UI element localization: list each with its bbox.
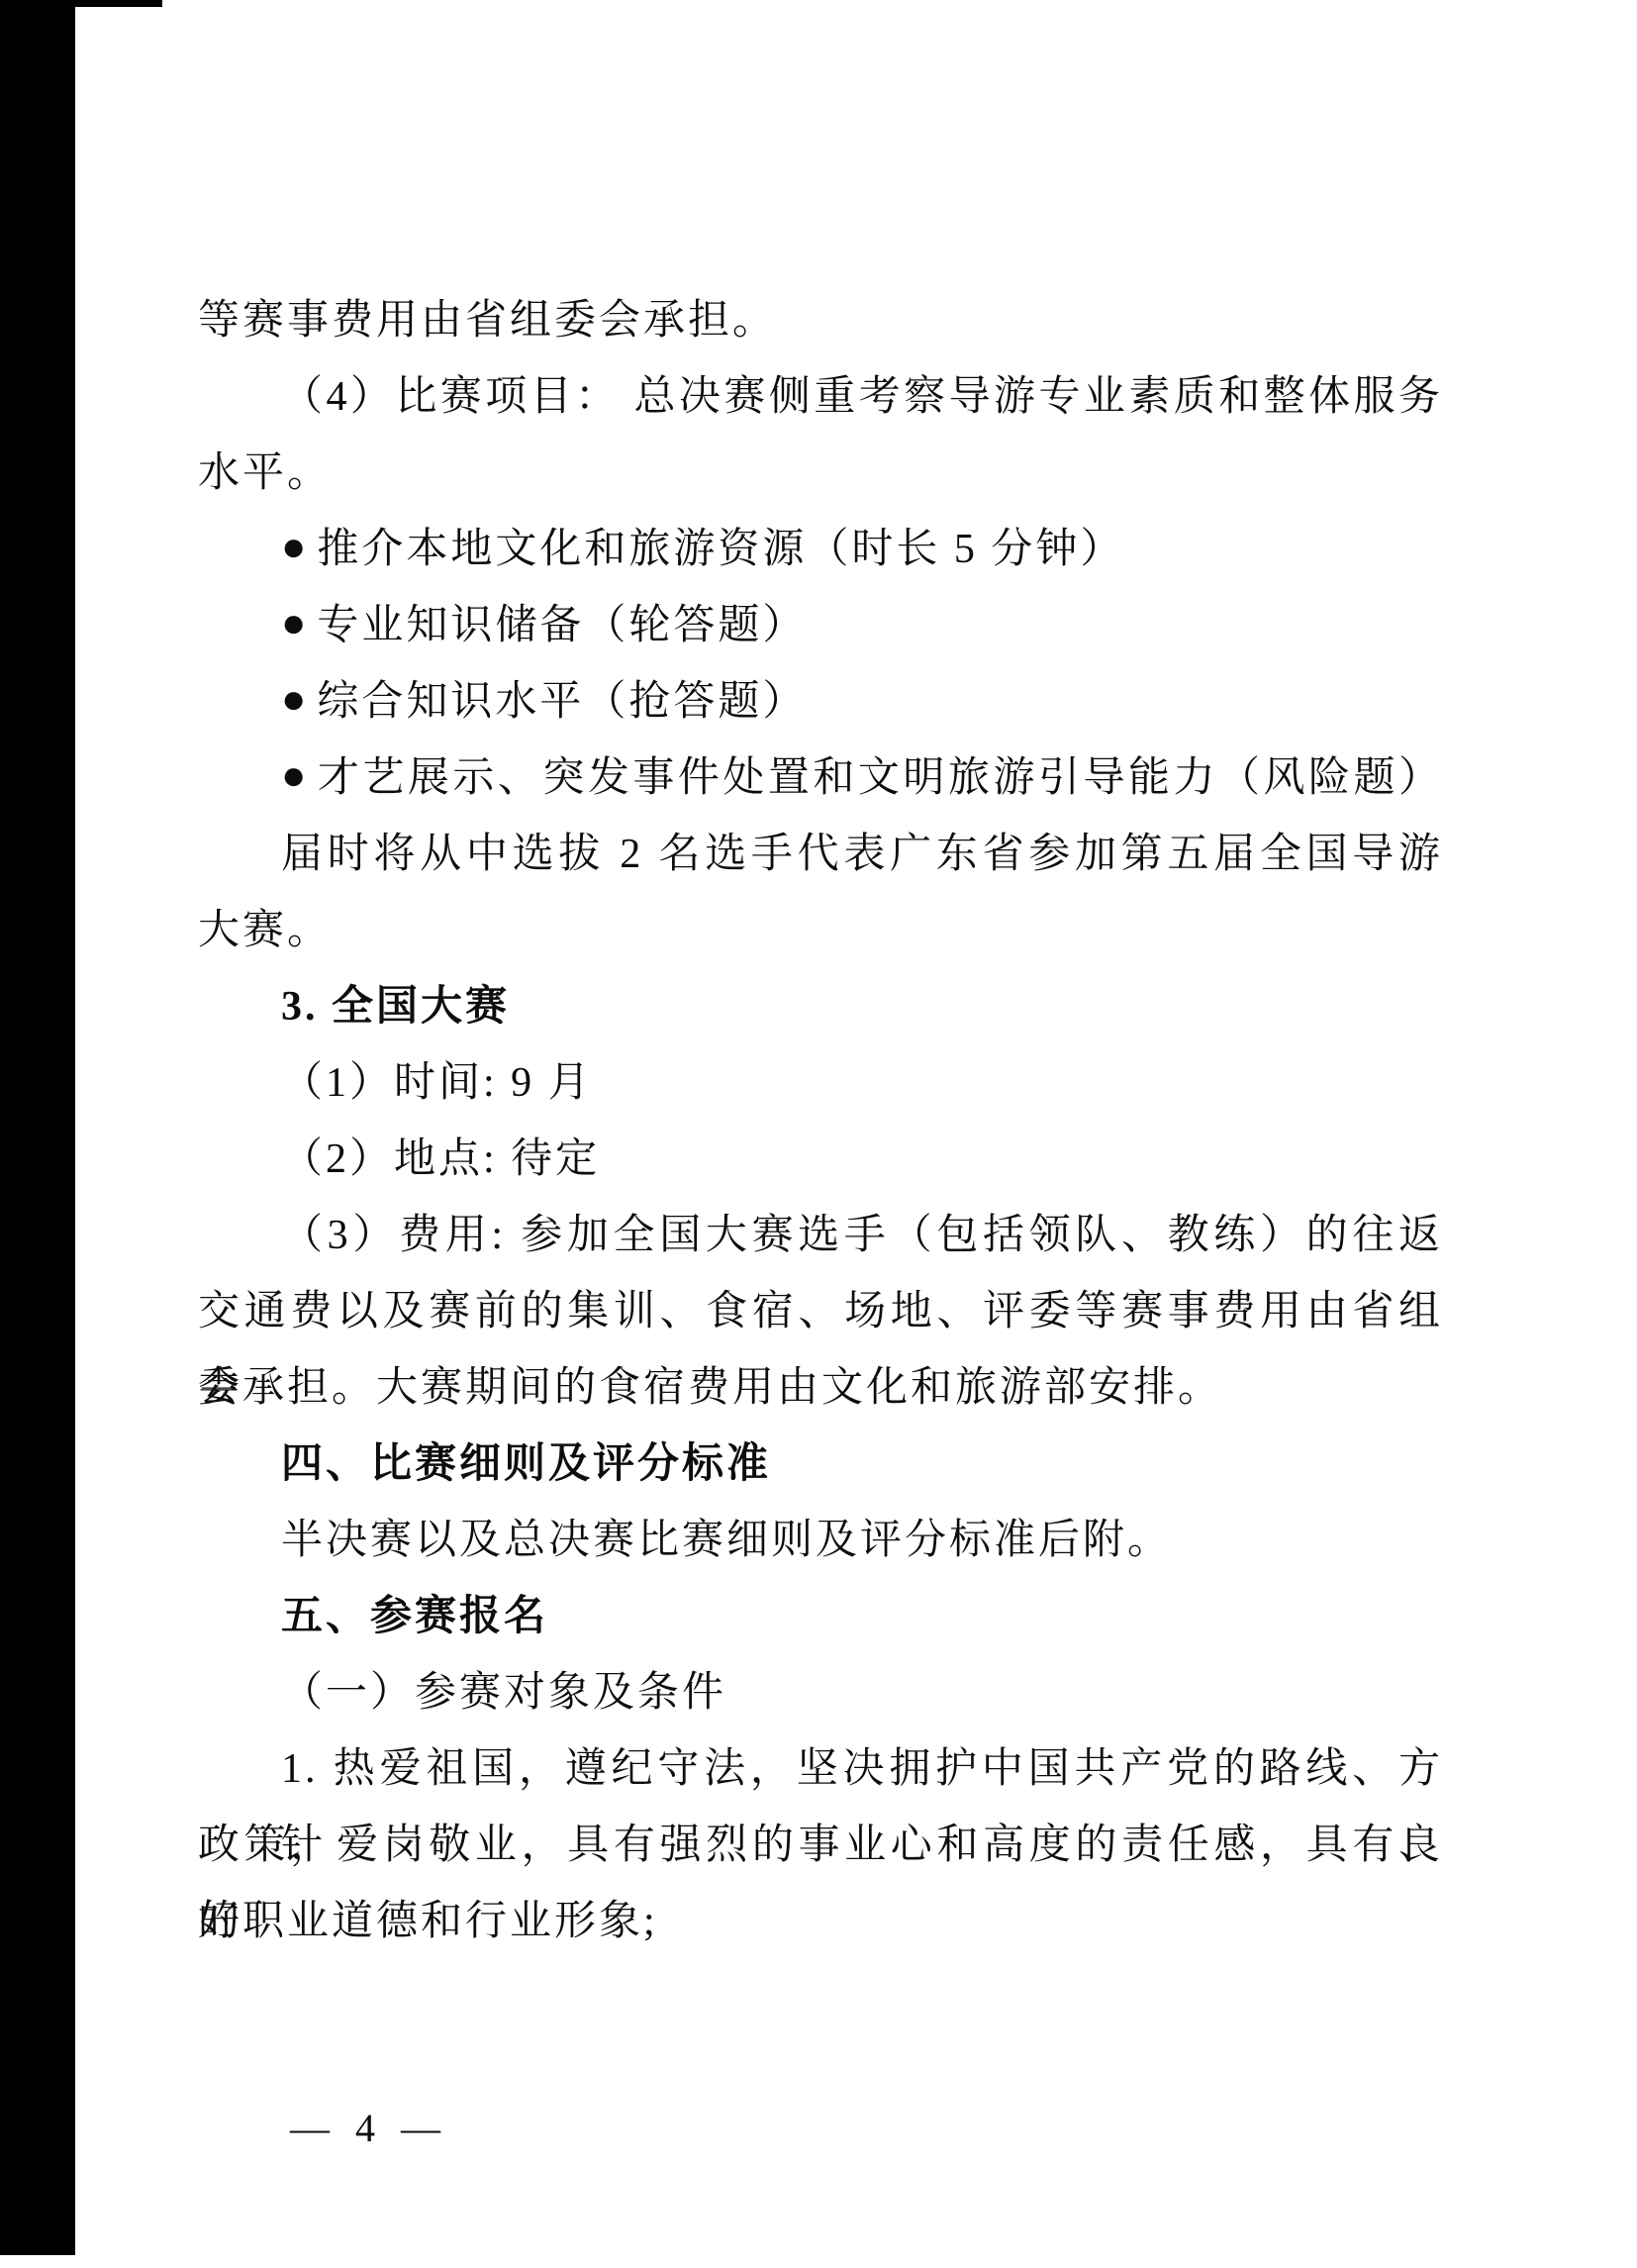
text-line-content: 半决赛以及总决赛比赛细则及评分标准后附。 [281,1518,1172,1563]
bullet-icon: ● [281,510,309,586]
scan-artifact-left-edge [0,0,75,2255]
text-line-content: 五、参赛报名 [281,1594,548,1639]
text-line-content: （一）参赛对象及条件 [281,1670,726,1716]
text-line: （3）费用: 参加全国大赛选手（包括领队、教练）的往返 [198,1198,1443,1274]
text-line-content: 的职业道德和行业形象; [198,1899,658,1944]
text-line-content: 届时将从中选拔 2 名选手代表广东省参加第五届全国导游 [281,832,1443,877]
text-line-content: 大赛。 [198,908,332,953]
text-line: （2）地点: 待定 [198,1122,1443,1198]
text-line: 等赛事费用由省组委会承担。 [198,283,1443,359]
text-line: 政策，爱岗敬业，具有强烈的事业心和高度的责任感，具有良好 [198,1808,1443,1884]
text-line: 届时将从中选拔 2 名选手代表广东省参加第五届全国导游 [198,817,1443,893]
page-number: — 4 — [290,2107,448,2150]
text-line-content: （4）比赛项目： 总决赛侧重考察导游专业素质和整体服务 [281,374,1443,420]
text-line-content: 推介本地文化和旅游资源（时长 5 分钟） [317,527,1124,572]
text-line-content: 四、比赛细则及评分标准 [281,1441,771,1487]
text-line: （一）参赛对象及条件 [198,1655,1443,1731]
text-line: 1. 热爱祖国，遵纪守法，坚决拥护中国共产党的路线、方针、 [198,1731,1443,1808]
text-line-content: 3. 全国大赛 [281,984,510,1030]
bullet-icon: ● [281,662,309,739]
text-line: 四、比赛细则及评分标准 [198,1427,1443,1503]
text-line: ●才艺展示、突发事件处置和文明旅游引导能力（风险题） [198,740,1443,817]
text-line-content: 才艺展示、突发事件处置和文明旅游引导能力（风险题） [317,755,1443,801]
text-line: 五、参赛报名 [198,1579,1443,1655]
text-line-content: 专业知识储备（轮答题） [317,603,807,648]
document-body: 等赛事费用由省组委会承担。（4）比赛项目： 总决赛侧重考察导游专业素质和整体服务… [198,283,1443,1960]
text-line: 3. 全国大赛 [198,969,1443,1045]
text-line-content: （1）时间: 9 月 [281,1060,593,1106]
text-line: 半决赛以及总决赛比赛细则及评分标准后附。 [198,1503,1443,1579]
text-line-content: （2）地点: 待定 [281,1136,600,1182]
text-line: ●综合知识水平（抢答题） [198,664,1443,740]
text-line: ●推介本地文化和旅游资源（时长 5 分钟） [198,512,1443,588]
text-line-content: 会承担。大赛期间的食宿费用由文化和旅游部安排。 [198,1365,1222,1411]
text-line: ●专业知识储备（轮答题） [198,588,1443,664]
bullet-icon: ● [281,739,309,815]
scan-artifact-top-edge [71,0,162,7]
scanned-document-page: 等赛事费用由省组委会承担。（4）比赛项目： 总决赛侧重考察导游专业素质和整体服务… [0,0,1637,2268]
text-line-content: 综合知识水平（抢答题） [317,679,807,725]
text-line: 水平。 [198,436,1443,512]
bullet-icon: ● [281,586,309,662]
text-line-content: 等赛事费用由省组委会承担。 [198,298,777,344]
text-line: 大赛。 [198,893,1443,969]
text-line: 交通费以及赛前的集训、食宿、场地、评委等赛事费用由省组委 [198,1274,1443,1350]
text-line: 会承担。大赛期间的食宿费用由文化和旅游部安排。 [198,1350,1443,1427]
text-line: 的职业道德和行业形象; [198,1884,1443,1960]
text-line-content: （3）费用: 参加全国大赛选手（包括领队、教练）的往返 [281,1213,1443,1258]
text-line: （4）比赛项目： 总决赛侧重考察导游专业素质和整体服务 [198,359,1443,436]
text-line-content: 水平。 [198,450,332,496]
text-line: （1）时间: 9 月 [198,1045,1443,1122]
